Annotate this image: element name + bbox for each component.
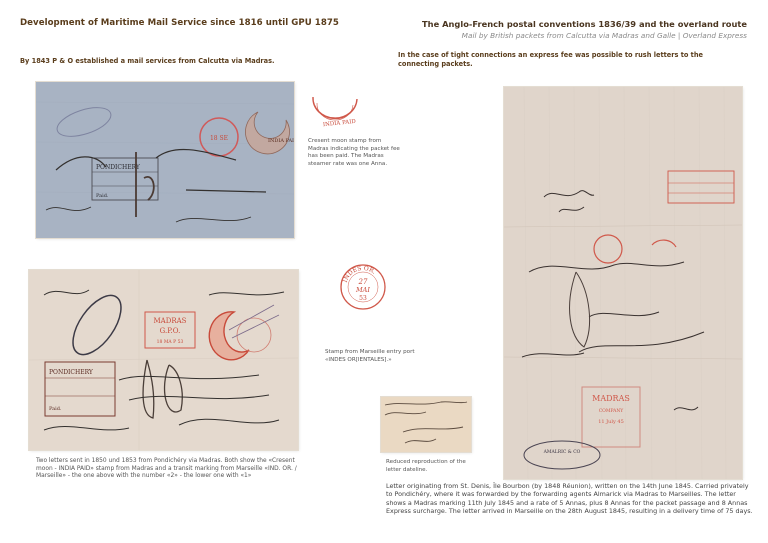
crescent-moon-stamp: INDIA PAID xyxy=(305,87,365,132)
letter-1850-image: 18 SE INDIA PAID PONDICHERY Paid. xyxy=(36,82,294,238)
caption-big-letter: Letter originating from St. Denis, Île B… xyxy=(386,482,756,516)
svg-text:G.P.O.: G.P.O. xyxy=(160,327,181,335)
svg-text:11 July 45: 11 July 45 xyxy=(598,419,624,425)
caption-marseille-stamp: Stamp from Marseille entry port «INDES O… xyxy=(325,349,415,364)
svg-text:Paid.: Paid. xyxy=(96,193,109,199)
svg-text:PONDICHERY: PONDICHERY xyxy=(96,164,141,171)
svg-text:18 SE: 18 SE xyxy=(210,135,228,142)
svg-text:53: 53 xyxy=(359,295,367,302)
letter-1845-image: MADRAS COMPANY 11 July 45 AMALRIC & CO xyxy=(504,87,742,479)
svg-text:MAI: MAI xyxy=(355,286,370,294)
page-title-right: The Anglo-French postal conventions 1836… xyxy=(422,19,747,29)
svg-text:INDIA PAID: INDIA PAID xyxy=(323,119,357,128)
dateline-image xyxy=(381,397,471,452)
svg-text:MADRAS: MADRAS xyxy=(592,394,630,403)
svg-text:MADRAS: MADRAS xyxy=(154,317,187,325)
svg-text:18 MA P 53: 18 MA P 53 xyxy=(157,339,184,345)
svg-text:PONDICHERY: PONDICHERY xyxy=(49,369,94,376)
page-title-left: Development of Maritime Mail Service sin… xyxy=(20,18,339,28)
marseille-entry-stamp: INDES OR. 27 MAI 53 xyxy=(338,262,388,312)
letter-1853-image: MADRAS G.P.O. 18 MA P 53 PONDICHERY Paid… xyxy=(29,270,298,450)
india-paid-stamp-text: INDIA PAID xyxy=(268,138,294,144)
caption-two-letters: Two letters sent in 1850 und 1853 from P… xyxy=(36,458,301,481)
caption-crescent-stamp: Cresent moon stamp from Madras indicatin… xyxy=(308,138,403,168)
subtitle-left: By 1843 P & O established a mail service… xyxy=(20,57,275,65)
svg-text:27: 27 xyxy=(358,278,368,286)
svg-text:COMPANY: COMPANY xyxy=(599,408,625,414)
subtitle-right: In the case of tight connections an expr… xyxy=(398,51,743,69)
svg-text:AMALRIC & CO: AMALRIC & CO xyxy=(543,449,581,455)
svg-text:Paid.: Paid. xyxy=(49,406,62,412)
caption-dateline: Reduced reproduction of the letter datel… xyxy=(386,459,481,474)
subtitle-italic-right: Mail by British packets from Calcutta vi… xyxy=(462,31,747,40)
